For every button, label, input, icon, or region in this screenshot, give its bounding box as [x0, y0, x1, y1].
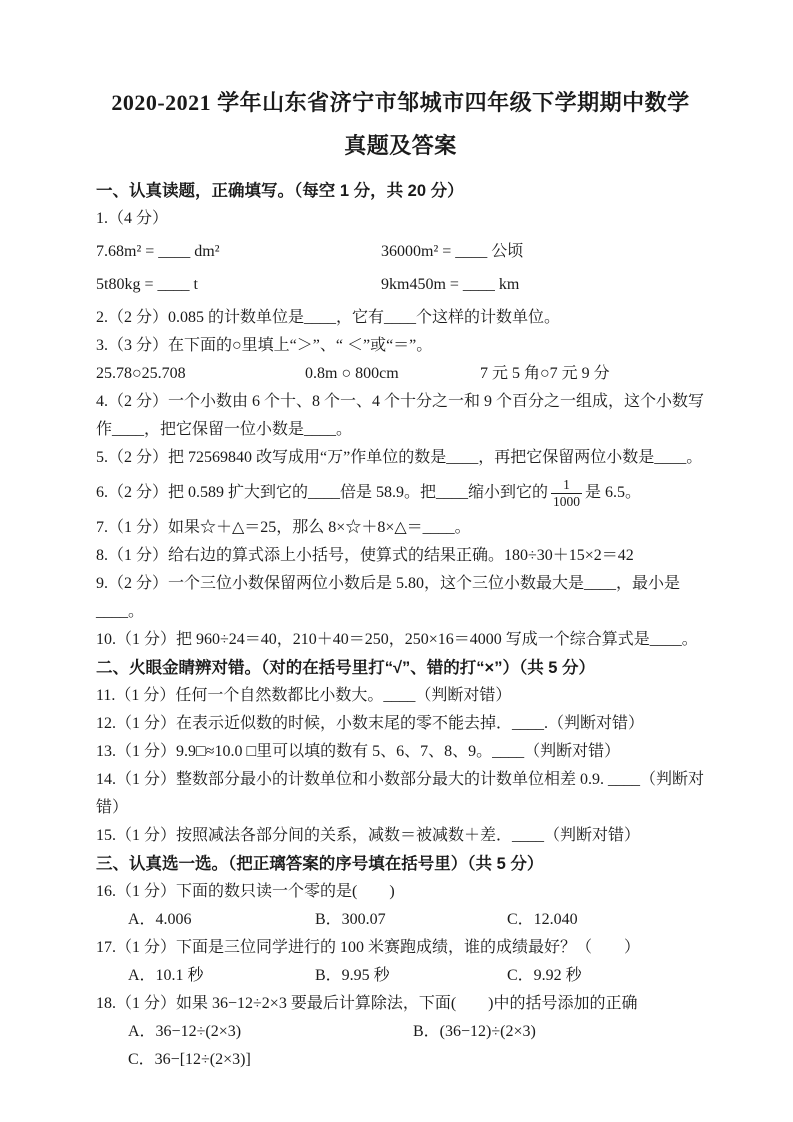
- question-12: 12.（1 分）在表示近似数的时候，小数末尾的零不能去掉．____.（判断对错）: [96, 710, 705, 738]
- question-13: 13.（1 分）9.9□≈10.0 □里可以填的数有 5、6、7、8、9。___…: [96, 738, 705, 766]
- exam-document-page: 2020-2021 学年山东省济宁市邹城市四年级下学期期中数学 真题及答案 一、…: [0, 0, 793, 1122]
- section-3-heading: 三、认真选一选。（把正璃答案的序号填在括号里）（共 5 分）: [96, 850, 705, 878]
- q6-fraction: 1 1000: [551, 477, 582, 509]
- question-3-items: 25.78○25.708 0.8m ○ 800cm 7 元 5 角○7 元 9 …: [96, 360, 705, 388]
- q17-option-a: A．10.1 秒: [128, 962, 315, 990]
- question-5: 5.（2 分）把 72569840 改写成用“万”作单位的数是____，再把它保…: [96, 444, 705, 472]
- question-10: 10.（1 分）把 960÷24＝40，210＋40＝250，250×16＝40…: [96, 626, 705, 654]
- q6-fraction-denominator: 1000: [551, 493, 582, 510]
- q1-formula-ton: 5t80kg = ____ t: [96, 271, 381, 299]
- question-17-options: A．10.1 秒 B．9.95 秒 C．9.92 秒: [128, 962, 705, 990]
- question-1-row-1: 7.68m² = ____ dm² 36000m² = ____ 公顷: [96, 238, 705, 266]
- question-4-line2: 作____，把它保留一位小数是____。: [96, 416, 705, 444]
- q17-option-b: B．9.95 秒: [315, 962, 507, 990]
- q17-option-c: C．9.92 秒: [507, 962, 582, 990]
- q16-option-a: A．4.006: [128, 906, 315, 934]
- question-6: 6.（2 分）把 0.589 扩大到它的____倍是 58.9。把____缩小到…: [96, 472, 705, 514]
- section-2-heading: 二、火眼金睛辨对错。（对的在括号里打“√”、错的打“×”）（共 5 分）: [96, 654, 705, 682]
- question-3-stem: 3.（3 分）在下面的○里填上“＞”、“ ＜”或“＝”。: [96, 332, 705, 360]
- q3-compare-3: 7 元 5 角○7 元 9 分: [480, 360, 610, 388]
- question-11: 11.（1 分）任何一个自然数都比小数大。____（判断对错）: [96, 682, 705, 710]
- q18-option-a: A．36−12÷(2×3): [128, 1018, 413, 1046]
- question-4-line1: 4.（2 分）一个小数由 6 个十、8 个一、4 个十分之一和 9 个百分之一组…: [96, 388, 705, 416]
- q1-formula-hectare: 36000m² = ____ 公顷: [381, 238, 523, 266]
- q3-compare-1: 25.78○25.708: [96, 360, 305, 388]
- question-16-stem: 16.（1 分）下面的数只读一个零的是( ): [96, 878, 705, 906]
- q6-text-after: 是 6.5。: [585, 472, 641, 514]
- question-1-label: 1.（4 分）: [96, 205, 705, 233]
- question-1-row-2: 5t80kg = ____ t 9km450m = ____ km: [96, 271, 705, 299]
- question-17-stem: 17.（1 分）下面是三位同学进行的 100 米赛跑成绩，谁的成绩最好？（ ）: [96, 934, 705, 962]
- q18-option-c: C．36−[12÷(2×3)]: [128, 1046, 251, 1074]
- section-1-heading: 一、认真读题，正确填写。（每空 1 分，共 20 分）: [96, 177, 705, 205]
- q16-option-b: B．300.07: [315, 906, 507, 934]
- q18-option-b: B．(36−12)÷(2×3): [413, 1018, 536, 1046]
- q6-text-before: 6.（2 分）把 0.589 扩大到它的____倍是 58.9。把____缩小到…: [96, 472, 548, 514]
- question-2: 2.（2 分）0.085 的计数单位是____，它有____个这样的计数单位。: [96, 304, 705, 332]
- question-7: 7.（1 分）如果☆＋△＝25，那么 8×☆＋8×△＝____。: [96, 514, 705, 542]
- question-14: 14.（1 分）整数部分最小的计数单位和小数部分最大的计数单位相差 0.9. _…: [96, 766, 705, 822]
- exam-title-line1: 2020-2021 学年山东省济宁市邹城市四年级下学期期中数学: [96, 88, 705, 118]
- question-18-options-ab: A．36−12÷(2×3) B．(36−12)÷(2×3): [128, 1018, 705, 1046]
- q1-formula-km: 9km450m = ____ km: [381, 271, 519, 299]
- question-15: 15.（1 分）按照减法各部分间的关系，减数＝被减数＋差．____（判断对错）: [96, 822, 705, 850]
- question-9: 9.（2 分）一个三位小数保留两位小数后是 5.80，这个三位小数最大是____…: [96, 570, 705, 626]
- question-8: 8.（1 分）给右边的算式添上小括号，使算式的结果正确。180÷30＋15×2＝…: [96, 542, 705, 570]
- q6-fraction-numerator: 1: [563, 477, 570, 493]
- question-18-stem: 18.（1 分）如果 36−12÷2×3 要最后计算除法，下面( )中的括号添加…: [96, 990, 705, 1018]
- q16-option-c: C．12.040: [507, 906, 578, 934]
- question-16-options: A．4.006 B．300.07 C．12.040: [128, 906, 705, 934]
- exam-title-line2: 真题及答案: [96, 131, 705, 161]
- question-18-option-c-row: C．36−[12÷(2×3)]: [128, 1046, 705, 1074]
- q3-compare-2: 0.8m ○ 800cm: [305, 360, 480, 388]
- q1-formula-dm: 7.68m² = ____ dm²: [96, 238, 381, 266]
